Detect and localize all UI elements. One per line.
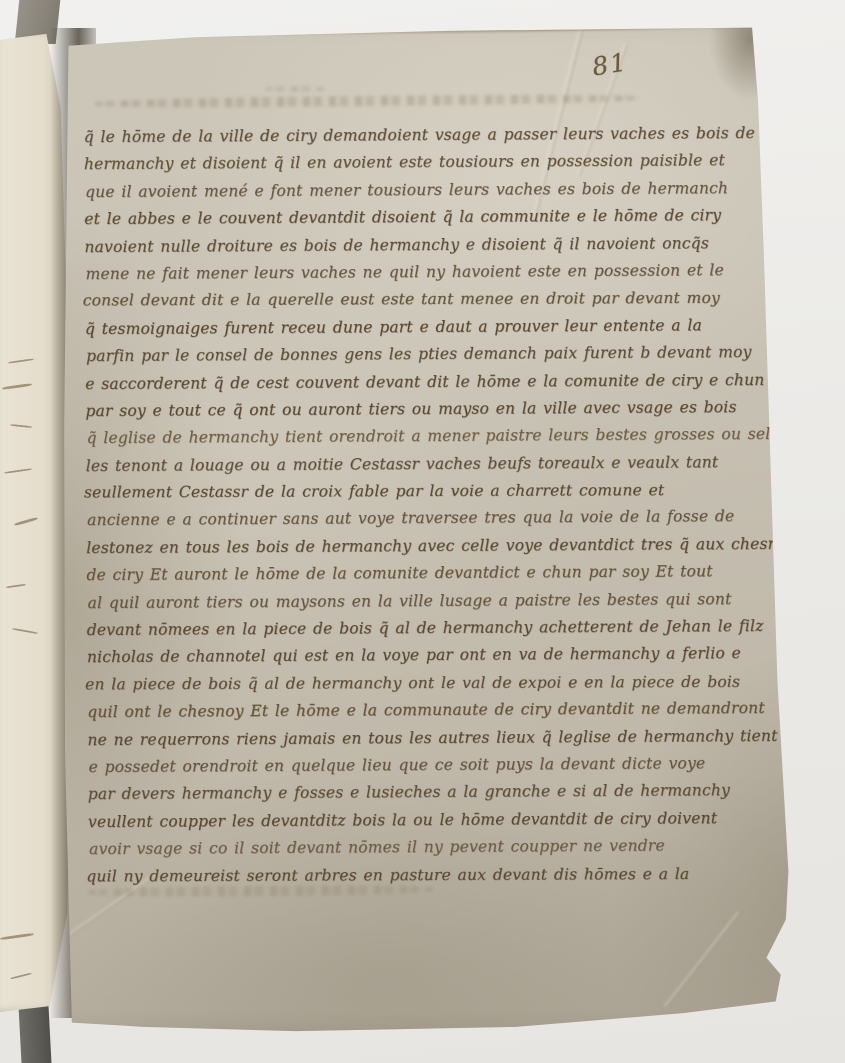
manuscript-text: q̃ le hōme de la ville de ciry demandoie… [84, 120, 795, 891]
ink-fragment [0, 933, 34, 941]
text-line: avoir vsage si co il soit devant nōmes i… [89, 832, 795, 864]
text-line: et le abbes e le couvent devantdit disoi… [84, 202, 790, 234]
book-weight-strap-bottom [19, 1006, 52, 1063]
photo-backdrop: 81 q̃ le hōme de la ville de ciry demand… [0, 0, 845, 1063]
text-line: en la piece de bois q̃ al de hermanchy o… [85, 668, 791, 698]
text-line: les tenont a louage ou a moitie Cestassr… [86, 449, 792, 481]
text-line: que il avoient mené e font mener tousiou… [85, 175, 791, 207]
text-line: consel devant dit e la querelle eust est… [83, 285, 789, 315]
manuscript-page: 81 q̃ le hōme de la ville de ciry demand… [0, 0, 845, 1063]
ink-fragment [8, 358, 34, 364]
ink-fragment [14, 517, 38, 526]
text-line: parfin par le consel de bonnes gens les … [86, 339, 792, 371]
text-line: mene ne fait mener leurs vaches ne quil … [86, 257, 792, 289]
text-line: lestonez en tous les bois de hermanchy a… [86, 531, 792, 563]
text-line: par devers hermanchy e fosses e lusieche… [88, 777, 794, 809]
ink-fragment [10, 972, 32, 979]
text-line: par soy e tout ce q̃ ont ou auront tiers… [85, 394, 791, 426]
text-line: nicholas de channotel qui est en la voye… [87, 640, 793, 672]
show-through-mark [265, 86, 325, 92]
text-line: veullent coupper les devantditz bois la … [88, 805, 794, 837]
text-line: hermanchy et disoient q̃ il en avoient e… [84, 147, 790, 179]
ink-fragment [4, 468, 32, 474]
text-line: devant nōmees en la piece de bois q̃ al … [87, 613, 793, 645]
text-line: navoient nulle droiture es bois de herma… [84, 229, 790, 261]
text-line: q̃ le hōme de la ville de ciry demandoie… [84, 120, 790, 152]
ink-fragment [10, 424, 32, 428]
ink-fragment [6, 584, 26, 589]
text-line: ne ne requerrons riens jamais en tous le… [87, 722, 793, 754]
text-line: quil ont le chesnoy Et le hōme e la comm… [87, 695, 793, 727]
text-line: ancienne e a continuer sans aut voye tra… [87, 503, 793, 535]
text-line: al quil auront tiers ou maysons en la vi… [88, 585, 794, 617]
text-line: q̃ leglise de hermanchy tient orendroit … [87, 421, 793, 453]
ink-fragment [2, 383, 32, 390]
text-line: e possedet orendroit en quelque lieu que… [89, 750, 795, 782]
text-line: seullement Cestassr de la croix fable pa… [84, 477, 790, 507]
text-line: q̃ tesmoignaiges furent receu dune part … [85, 312, 791, 344]
text-line: de ciry Et auront le hōme de la comunite… [86, 558, 792, 590]
text-line: e saccorderent q̃ de cest couvent devant… [85, 366, 791, 398]
ink-fragment [12, 628, 38, 634]
